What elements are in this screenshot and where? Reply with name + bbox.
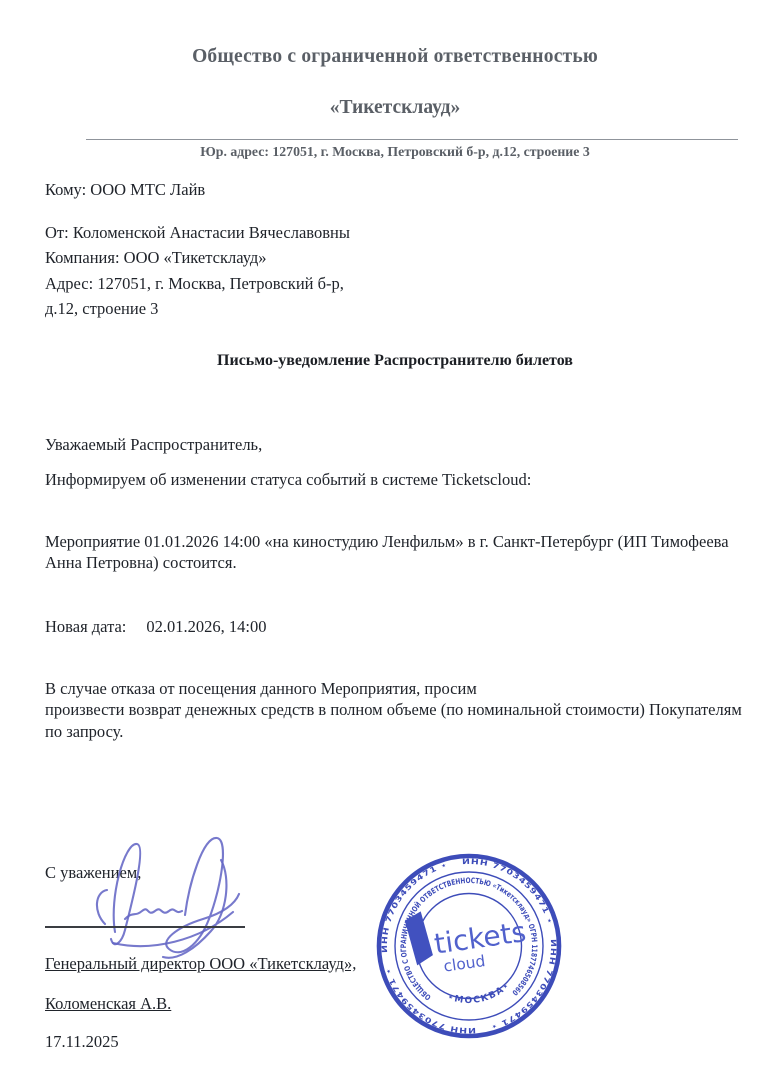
company-seal-stamp: ИНН 7703459471 ⋆ ИНН 7703459471 ⋆ ИНН 77… — [373, 850, 565, 1042]
new-date-value: 02.01.2026, 14:00 — [146, 617, 266, 636]
signer-title-line: Генеральный директор ООО «Тикетсклауд», — [45, 954, 356, 974]
sender-address-line1: Адрес: 127051, г. Москва, Петровский б-р… — [45, 271, 350, 296]
signature-stroke-waves — [125, 909, 182, 919]
recipient-line: Кому: ООО МТС Лайв — [45, 180, 205, 200]
letterhead-divider — [86, 139, 738, 140]
stamp-moscow-text: ⋆МОСКВА⋆ — [444, 979, 514, 1012]
letter-date: 17.11.2025 — [45, 1032, 119, 1052]
signer-name-line: Коломенская А.В. — [45, 994, 171, 1014]
org-name-heading: «Тикетсклауд» — [45, 97, 745, 119]
intro-line: Информируем об изменении статуса событий… — [45, 470, 531, 490]
new-date-label: Новая дата: — [45, 617, 126, 636]
greeting-line: Уважаемый Распространитель, — [45, 435, 262, 455]
event-status-paragraph: Мероприятие 01.01.2026 14:00 «на киносту… — [45, 531, 745, 574]
new-date-row: Новая дата:02.01.2026, 14:00 — [45, 617, 266, 637]
sender-address-line2: д.12, строение 3 — [45, 296, 350, 321]
letter-title: Письмо-уведомление Распространителю биле… — [45, 352, 745, 370]
org-type-heading: Общество с ограниченной ответственностью — [45, 46, 745, 68]
handwritten-signature — [83, 826, 263, 966]
signature-stroke-initial — [97, 844, 140, 944]
refund-paragraph: В случае отказа от посещения данного Мер… — [45, 678, 745, 742]
sender-block: От: Коломенской Анастасии Вячеславовны К… — [45, 220, 350, 321]
sender-company-line: Компания: ООО «Тикетсклауд» — [45, 245, 350, 270]
signature-stroke-loop — [166, 838, 239, 952]
legal-address-line: Юр. адрес: 127051, г. Москва, Петровский… — [45, 144, 745, 160]
signature-line — [45, 926, 245, 928]
sender-name-line: От: Коломенской Анастасии Вячеславовны — [45, 220, 350, 245]
letter-page: Общество с ограниченной ответственностью… — [0, 0, 765, 1089]
stamp-center-logo: tickets cloud — [404, 897, 530, 980]
